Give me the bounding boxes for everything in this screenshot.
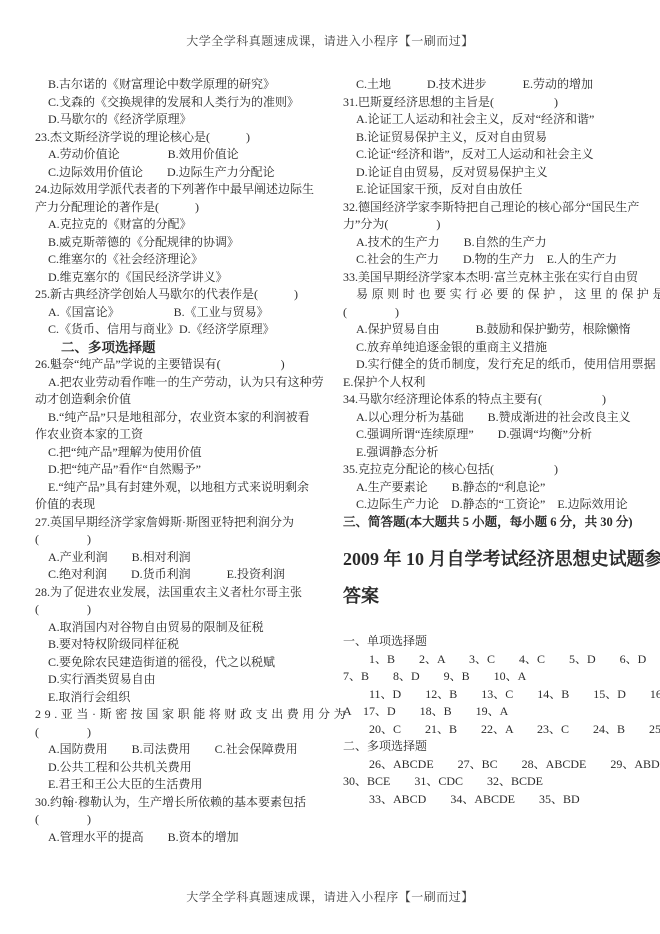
option-line: D.马歇尔的《经济学原理》 bbox=[35, 111, 337, 129]
question-line: 24.边际效用学派代表者的下列著作中最早阐述边际生 bbox=[35, 181, 337, 199]
section-heading: 三、简答题(本大题共 5 小题，每小题 6 分，共 30 分) bbox=[343, 514, 655, 532]
option-line: A.技术的生产力 B.自然的生产力 bbox=[343, 234, 655, 252]
answers-page-title-line2: 答案 bbox=[343, 578, 655, 615]
option-line: E.论证国家干预，反对自由放任 bbox=[343, 181, 655, 199]
question-line: 32.德国经济学家李斯特把自己理论的核心部分“国民生产 bbox=[343, 199, 655, 217]
continuation-line: ( ) bbox=[35, 531, 337, 549]
option-line: A.保护贸易自由 B.鼓励和保护勤劳，根除懒惰 bbox=[343, 321, 655, 339]
continuation-line: ( ) bbox=[35, 724, 337, 742]
option-line: C.论证“经济和谐”，反对工人运动和社会主义 bbox=[343, 146, 655, 164]
answer-row: A 17、D 18、B 19、A bbox=[343, 703, 655, 721]
question-line: 26.魁奈“纯产品”学说的主要错误有( ) bbox=[35, 356, 337, 374]
section-heading: 二、多项选择题 bbox=[35, 339, 337, 357]
exam-left-column: B.古尔诺的《财富理论中数学原理的研究》C.戈森的《交换规律的发展和人类行为的准… bbox=[35, 76, 337, 846]
option-line: C.绝对利润 D.货币利润 E.投资利润 bbox=[35, 566, 337, 584]
continuation-line: 作农业资本家的工资 bbox=[35, 426, 337, 444]
option-line: C.戈森的《交换规律的发展和人类行为的准则》 bbox=[35, 94, 337, 112]
option-line: B.论证贸易保护主义，反对自由贸易 bbox=[343, 129, 655, 147]
question-line: 31.巴斯夏经济思想的主旨是( ) bbox=[343, 94, 655, 112]
question-line: 28.为了促进农业发展，法国重农主义者杜尔哥主张 bbox=[35, 584, 337, 602]
option-line: A.以心理分析为基础 B.赞成渐进的社会改良主义 bbox=[343, 409, 655, 427]
option-line: A.产业利润 B.相对利润 bbox=[35, 549, 337, 567]
option-line: A.取消国内对谷物自由贸易的限制及征税 bbox=[35, 619, 337, 637]
option-line: B.“纯产品”只是地租部分，农业资本家的利润被看 bbox=[35, 409, 337, 427]
exam-right-column: C.土地 D.技术进步 E.劳动的增加31.巴斯夏经济思想的主旨是( )A.论证… bbox=[343, 76, 655, 808]
option-line: B.要对特权阶级同样征税 bbox=[35, 636, 337, 654]
option-line: E.强调静态分析 bbox=[343, 444, 655, 462]
option-line: A.克拉克的《财富的分配》 bbox=[35, 216, 337, 234]
option-line: A.生产要素论 B.静态的“利息论” bbox=[343, 479, 655, 497]
question-line: 35.克拉克分配论的核心包括( ) bbox=[343, 461, 655, 479]
continuation-line: E.保护个人权利 bbox=[343, 374, 655, 392]
option-line: C.边际效用价值论 D.边际生产力分配论 bbox=[35, 164, 337, 182]
answer-row: 7、B 8、D 9、B 10、A bbox=[343, 668, 655, 686]
option-line: D.实行酒类贸易自由 bbox=[35, 671, 337, 689]
option-line: C.维塞尔的《社会经济理论》 bbox=[35, 251, 337, 269]
option-line: E.“纯产品”具有封建外观，以地租方式来说明剩余 bbox=[35, 479, 337, 497]
option-line: A.国防费用 B.司法费用 C.社会保障费用 bbox=[35, 741, 337, 759]
option-line: C.土地 D.技术进步 E.劳动的增加 bbox=[343, 76, 655, 94]
question-line: 34.马歇尔经济理论体系的特点主要有( ) bbox=[343, 391, 655, 409]
option-line: A.把农业劳动看作唯一的生产劳动，认为只有这种劳 bbox=[35, 374, 337, 392]
answers-section-multiple-choice: 二、多项选择题 bbox=[343, 738, 655, 756]
option-line: C.要免除农民建造街道的徭役，代之以税赋 bbox=[35, 654, 337, 672]
footer-promo-text: 大学全学科真题速成课，请进入小程序【一刷而过】 bbox=[0, 888, 660, 905]
continuation-line: ( ) bbox=[35, 811, 337, 829]
option-line: C.强调所谓“连续原理” D.强调“均衡”分析 bbox=[343, 426, 655, 444]
option-line: A.管理水平的提高 B.资本的增加 bbox=[35, 829, 337, 847]
continuation-line: 价值的表现 bbox=[35, 496, 337, 514]
option-line: A.《国富论》 B.《工业与贸易》 bbox=[35, 304, 337, 322]
answer-row: 20、C 21、B 22、A 23、C 24、B 25、D bbox=[343, 721, 655, 739]
continuation-line: 力”分为( ) bbox=[343, 216, 655, 234]
option-line: C.放弃单纯追逐金银的重商主义措施 bbox=[343, 339, 655, 357]
question-line: 33.美国早期经济学家本杰明·富兰克林主张在实行自由贸 bbox=[343, 269, 655, 287]
option-line: A.论证工人运动和社会主义，反对“经济和谐” bbox=[343, 111, 655, 129]
answer-row: 33、ABCD 34、ABCDE 35、BD bbox=[343, 791, 655, 809]
continuation-line: ( ) bbox=[343, 304, 655, 322]
answers-section-single-choice: 一、单项选择题 bbox=[343, 633, 655, 651]
option-line: C.把“纯产品”理解为使用价值 bbox=[35, 444, 337, 462]
answer-row: 1、B 2、A 3、C 4、C 5、D 6、D bbox=[343, 651, 655, 669]
option-line: A.劳动价值论 B.效用价值论 bbox=[35, 146, 337, 164]
answers-page-title: 2009 年 10 月自学考试经济思想史试题参考 bbox=[343, 541, 655, 578]
option-line: D.实行健全的货币制度，发行充足的纸币，使用信用票据 bbox=[343, 356, 655, 374]
option-line: B.古尔诺的《财富理论中数学原理的研究》 bbox=[35, 76, 337, 94]
continuation-line: 产力分配理论的著作是( ) bbox=[35, 199, 337, 217]
question-line: 30.约翰·穆勒认为，生产增长所依赖的基本要素包括 bbox=[35, 794, 337, 812]
option-line: C.边际生产力论 D.静态的“工资论” E.边际效用论 bbox=[343, 496, 655, 514]
answer-row: 30、BCE 31、CDC 32、BCDE bbox=[343, 773, 655, 791]
question-line: 29.亚当·斯密按国家职能将财政支出费用分为 bbox=[35, 706, 337, 724]
header-promo-text: 大学全学科真题速成课，请进入小程序【一刷而过】 bbox=[0, 32, 660, 49]
answer-row: 26、ABCDE 27、BC 28、ABCDE 29、ABDE bbox=[343, 756, 655, 774]
answer-row: 11、D 12、B 13、C 14、B 15、D 16、 bbox=[343, 686, 655, 704]
option-line: C.《货币、信用与商业》D.《经济学原理》 bbox=[35, 321, 337, 339]
question-line: 27.英国早期经济学家詹姆斯·斯图亚特把利润分为 bbox=[35, 514, 337, 532]
option-line: D.把“纯产品”看作“自然赐予” bbox=[35, 461, 337, 479]
continuation-line: 动才创造剩余价值 bbox=[35, 391, 337, 409]
option-line: D.维克塞尔的《国民经济学讲义》 bbox=[35, 269, 337, 287]
question-line: 25.新古典经济学创始人马歇尔的代表作是( ) bbox=[35, 286, 337, 304]
option-line: C.社会的生产力 D.物的生产力 E.人的生产力 bbox=[343, 251, 655, 269]
option-line: 易原则时也要实行必要的保护，这里的保护是指 bbox=[343, 286, 655, 304]
option-line: E.取消行会组织 bbox=[35, 689, 337, 707]
question-line: 23.杰文斯经济学说的理论核心是( ) bbox=[35, 129, 337, 147]
option-line: B.威克斯蒂德的《分配规律的协调》 bbox=[35, 234, 337, 252]
option-line: D.公共工程和公共机关费用 bbox=[35, 759, 337, 777]
option-line: D.论证自由贸易，反对贸易保护主义 bbox=[343, 164, 655, 182]
continuation-line: ( ) bbox=[35, 601, 337, 619]
option-line: E.君王和王公大臣的生活费用 bbox=[35, 776, 337, 794]
